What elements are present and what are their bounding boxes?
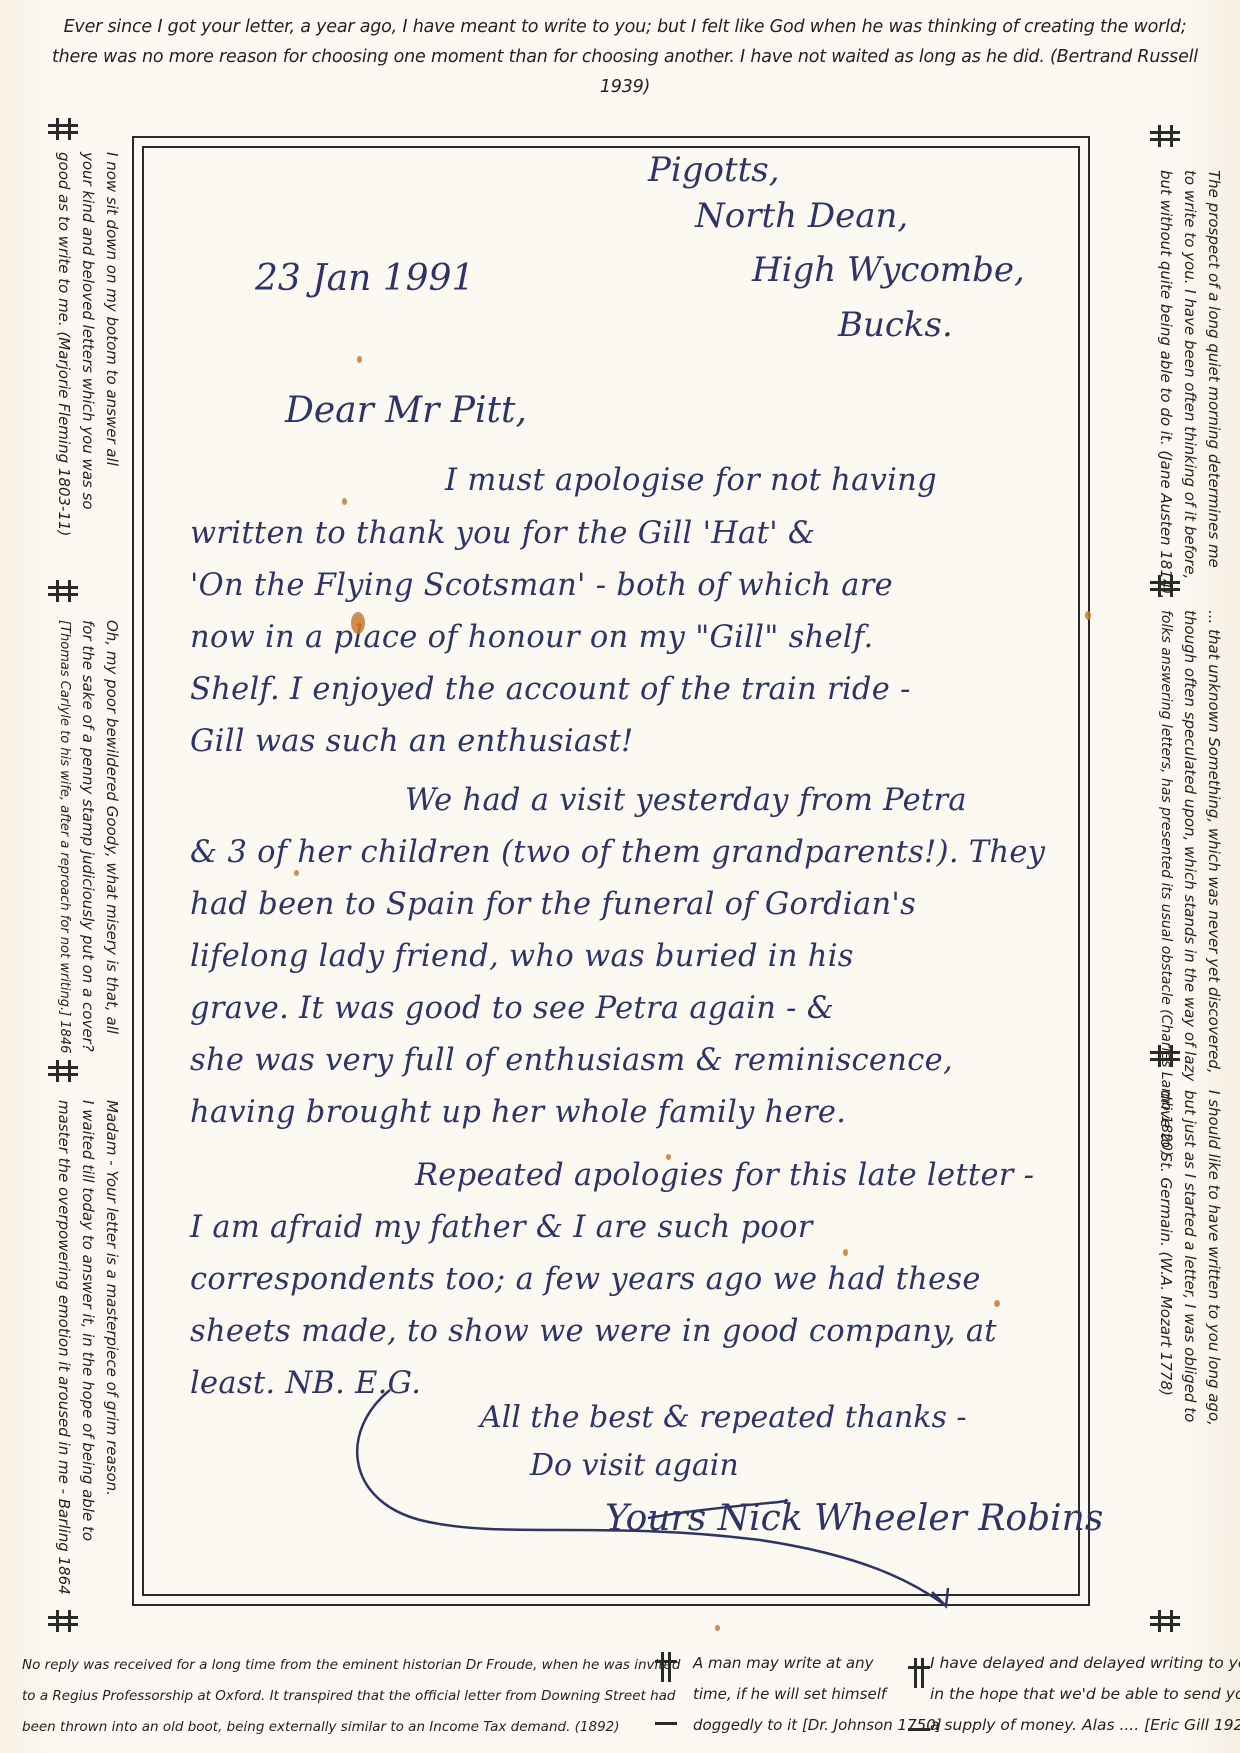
- hash-divider-icon: [48, 580, 78, 602]
- header-quote-line-2: there was no more reason for choosing on…: [50, 42, 1200, 102]
- body-line: now in a place of honour on my "Gill" sh…: [190, 612, 873, 664]
- footer-quote-johnson: A man may write at any time, if he will …: [693, 1648, 942, 1741]
- body-line: Shelf. I enjoyed the account of the trai…: [190, 664, 911, 716]
- body-line: I am afraid my father & I are such poor: [190, 1202, 813, 1254]
- quote-line: folks answering letters, has presented i…: [1154, 610, 1178, 1156]
- closing-line: All the best & repeated thanks -: [480, 1400, 967, 1435]
- ink-stain: [294, 870, 299, 876]
- hash-divider-icon: [1150, 1610, 1180, 1632]
- hash-divider-icon: [48, 1610, 78, 1632]
- body-line: 'On the Flying Scotsman' - both of which…: [190, 560, 893, 612]
- hash-divider-icon: [655, 1652, 677, 1734]
- body-line: I must apologise for not having: [445, 455, 937, 507]
- ink-stain: [666, 1154, 671, 1160]
- quote-line: for the sake of a penny stamp judiciousl…: [76, 620, 100, 1053]
- ink-stain: [357, 356, 362, 363]
- right-margin-quote-mozart: I should like to have written to you lon…: [1154, 1090, 1226, 1426]
- quote-line: The prospect of a long quiet morning det…: [1202, 170, 1226, 599]
- ink-stain: [994, 1300, 1000, 1307]
- body-line: having brought up her whole family here.: [190, 1087, 846, 1139]
- footer-quote-froude: No reply was received for a long time fr…: [22, 1650, 680, 1743]
- body-line: written to thank you for the Gill 'Hat' …: [190, 508, 815, 560]
- letter-date: 23 Jan 1991: [255, 258, 474, 299]
- quote-line: but without quite being able to do it. (…: [1154, 170, 1178, 599]
- body-line: correspondents too; a few years ago we h…: [190, 1254, 981, 1306]
- quote-line: good as to write to me. (Marjorie Flemin…: [52, 152, 76, 536]
- body-line: had been to Spain for the funeral of Gor…: [190, 879, 916, 931]
- quote-line: Madam - Your letter is a masterpiece of …: [100, 1100, 124, 1595]
- body-line: lifelong lady friend, who was buried in …: [190, 931, 854, 983]
- quote-line: to write to you. I have been often think…: [1178, 170, 1202, 599]
- quote-line: doggedly to it [Dr. Johnson 1750]: [693, 1710, 942, 1741]
- body-line: & 3 of her children (two of them grandpa…: [190, 827, 1045, 879]
- ink-stain: [342, 498, 347, 505]
- signature: Yours Nick Wheeler Robins: [605, 1498, 1103, 1539]
- quote-line: drive to St. Germain. (W.A. Mozart 1778): [1154, 1090, 1178, 1426]
- hash-divider-icon: [48, 1060, 78, 1082]
- quote-line: Oh, my poor bewildered Goody, what miser…: [100, 620, 124, 1053]
- quote-line: but just as I started a letter, I was ob…: [1178, 1090, 1202, 1426]
- ink-stain: [351, 612, 365, 634]
- quote-line: a supply of money. Alas .... [Eric Gill …: [930, 1710, 1240, 1741]
- body-line: Gill was such an enthusiast!: [190, 716, 634, 768]
- right-margin-quote-austen: The prospect of a long quiet morning det…: [1154, 170, 1226, 599]
- closing-line: Do visit again: [530, 1448, 739, 1483]
- hash-divider-icon: [48, 118, 78, 140]
- quote-line: [Thomas Carlyle to his wife, after a rep…: [52, 620, 76, 1053]
- right-margin-quote-lamb: ... that unknown Something, which was ne…: [1154, 610, 1226, 1156]
- body-line: Repeated apologies for this late letter …: [415, 1150, 1034, 1202]
- body-line: sheets made, to show we were in good com…: [190, 1306, 997, 1358]
- quote-line: to a Regius Professorship at Oxford. It …: [22, 1681, 680, 1712]
- ink-stain: [1085, 611, 1091, 620]
- quote-line: I waited till today to answer it, in the…: [76, 1100, 100, 1595]
- footer-quote-gill: I have delayed and delayed writing to yo…: [930, 1648, 1240, 1741]
- hash-divider-icon: [908, 1658, 930, 1740]
- body-line: she was very full of enthusiasm & remini…: [190, 1035, 953, 1087]
- quote-line: I should like to have written to you lon…: [1202, 1090, 1226, 1426]
- ink-stain: [715, 1625, 720, 1631]
- quote-line: your kind and beloved letters which you …: [76, 152, 100, 536]
- header-quote-line-1: Ever since I got your letter, a year ago…: [50, 12, 1200, 42]
- quote-line: No reply was received for a long time fr…: [22, 1650, 680, 1681]
- salutation: Dear Mr Pitt,: [285, 390, 527, 431]
- address-line-4: Bucks.: [838, 305, 953, 345]
- body-line: We had a visit yesterday from Petra: [405, 775, 967, 827]
- quote-line: I have delayed and delayed writing to yo…: [930, 1648, 1240, 1679]
- body-line: least. NB. E.G.: [190, 1358, 421, 1410]
- quote-line: time, if he will set himself: [693, 1679, 942, 1710]
- left-margin-quote-fleming: I now sit down on my botom to answer all…: [52, 152, 124, 536]
- left-margin-quote-barling: Madam - Your letter is a masterpiece of …: [52, 1100, 124, 1595]
- quote-line: master the overpowering emotion it arous…: [52, 1100, 76, 1595]
- body-line: grave. It was good to see Petra again - …: [190, 983, 834, 1035]
- address-line-3: High Wycombe,: [752, 250, 1025, 290]
- hash-divider-icon: [1150, 125, 1180, 147]
- quote-line: I now sit down on my botom to answer all: [100, 152, 124, 536]
- quote-line: in the hope that we'd be able to send yo…: [930, 1679, 1240, 1710]
- left-margin-quote-carlyle: Oh, my poor bewildered Goody, what miser…: [52, 620, 124, 1053]
- address-line-2: North Dean,: [695, 196, 908, 236]
- header-quote: Ever since I got your letter, a year ago…: [50, 12, 1200, 102]
- quote-line: though often speculated upon, which stan…: [1178, 610, 1202, 1156]
- ink-stain: [843, 1249, 848, 1256]
- quote-line: ... that unknown Something, which was ne…: [1202, 610, 1226, 1156]
- address-line-1: Pigotts,: [648, 150, 780, 190]
- quote-line: been thrown into an old boot, being exte…: [22, 1712, 680, 1743]
- quote-line: A man may write at any: [693, 1648, 942, 1679]
